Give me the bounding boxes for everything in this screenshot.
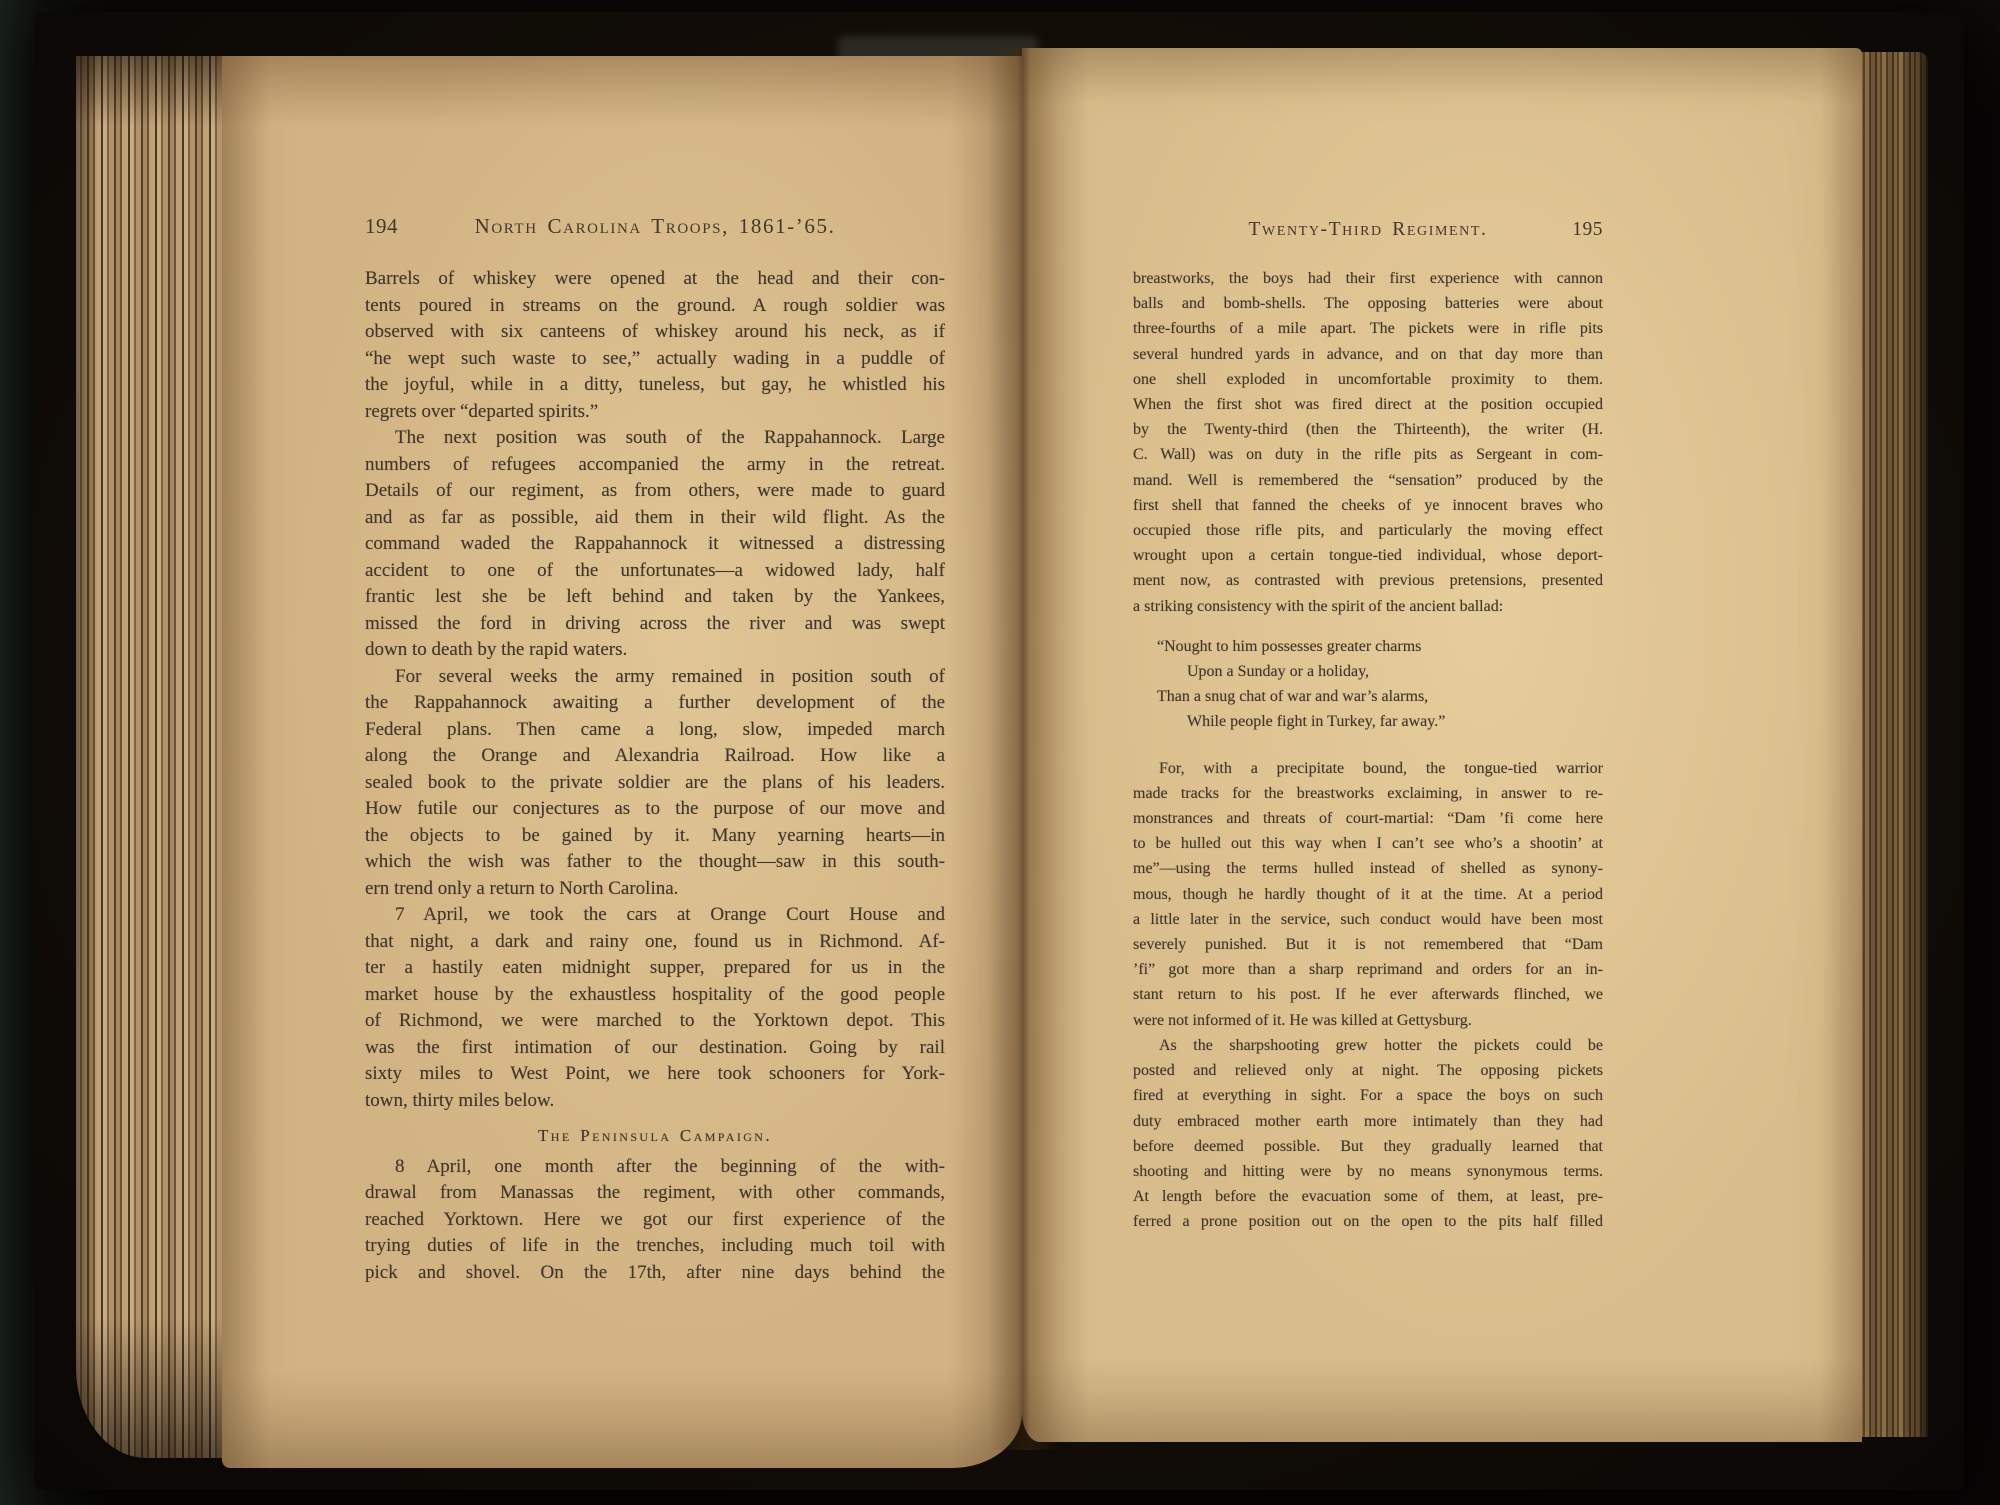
- printed-line: 7 April, we took the cars at Orange Cour…: [365, 902, 945, 929]
- printed-line: to be hulled out this way when I can’t s…: [1133, 831, 1603, 856]
- printed-line: of Richmond, we were marched to the York…: [365, 1008, 945, 1035]
- paragraph: For several weeks the army remained in p…: [365, 664, 945, 903]
- printed-line: mand. Well is remembered the “sensation”…: [1133, 468, 1603, 493]
- printed-line: For, with a precipitate bound, the tongu…: [1133, 756, 1603, 781]
- printed-line: Federal plans. Then came a long, slow, i…: [365, 717, 945, 744]
- running-head-title-left: North Carolina Troops, 1861-’65.: [365, 214, 945, 239]
- printed-line: down to death by the rapid waters.: [365, 637, 945, 664]
- printed-line: wrought upon a certain tongue-tied indiv…: [1133, 543, 1603, 568]
- printed-line: market house by the exhaustless hospital…: [365, 982, 945, 1009]
- section-heading: The Peninsula Campaign.: [365, 1123, 945, 1150]
- printed-line: was the first intimation of our destinat…: [365, 1035, 945, 1062]
- printed-line: As the sharpshooting grew hotter the pic…: [1133, 1033, 1603, 1058]
- printed-line: For several weeks the army remained in p…: [365, 664, 945, 691]
- printed-line: ’fi” got more than a sharp reprimand and…: [1133, 957, 1603, 982]
- printed-line: mous, though he hardly thought of it at …: [1133, 882, 1603, 907]
- printed-line: “he wept such waste to see,” actually wa…: [365, 346, 945, 373]
- printed-line: and as far as possible, aid them in thei…: [365, 505, 945, 532]
- printed-line: first shell that fanned the cheeks of ye…: [1133, 493, 1603, 518]
- left-running-head: 194 North Carolina Troops, 1861-’65.: [365, 214, 945, 239]
- printed-line: fired at everything in sight. For a spac…: [1133, 1083, 1603, 1108]
- page-number-left: 194: [365, 214, 398, 239]
- printed-line: ern trend only a return to North Carolin…: [365, 876, 945, 903]
- paragraph: 7 April, we took the cars at Orange Cour…: [365, 902, 945, 1114]
- printed-line: town, thirty miles below.: [365, 1088, 945, 1115]
- printed-line: Barrels of whiskey were opened at the he…: [365, 266, 945, 293]
- printed-line: trying duties of life in the trenches, i…: [365, 1233, 945, 1260]
- printed-line: tents poured in streams on the ground. A…: [365, 293, 945, 320]
- printed-line: Than a snug chat of war and war’s alarms…: [1157, 684, 1603, 709]
- printed-line: ferred a prone position out on the open …: [1133, 1209, 1603, 1234]
- printed-line: that night, a dark and rainy one, found …: [365, 929, 945, 956]
- printed-line: the objects to be gained by it. Many yea…: [365, 823, 945, 850]
- printed-line: numbers of refugees accompanied the army…: [365, 452, 945, 479]
- printed-line: ter a hastily eaten midnight supper, pre…: [365, 955, 945, 982]
- printed-line: Upon a Sunday or a holiday,: [1187, 659, 1603, 684]
- printed-line: The next position was south of the Rappa…: [365, 425, 945, 452]
- printed-line: sealed book to the private soldier are t…: [365, 770, 945, 797]
- printed-line: drawal from Manassas the regiment, with …: [365, 1180, 945, 1207]
- printed-line: by the Twenty-third (then the Thirteenth…: [1133, 417, 1603, 442]
- printed-line: severely punished. But it is not remembe…: [1133, 932, 1603, 957]
- printed-line: several hundred yards in advance, and on…: [1133, 342, 1603, 367]
- printed-line: breastworks, the boys had their first ex…: [1133, 266, 1603, 291]
- printed-line: C. Wall) was on duty in the rifle pits a…: [1133, 442, 1603, 467]
- printed-line: “Nought to him possesses greater charms: [1157, 634, 1603, 659]
- printed-line: made tracks for the breastworks exclaimi…: [1133, 781, 1603, 806]
- printed-line: occupied those rifle pits, and particula…: [1133, 518, 1603, 543]
- printed-line: How futile our conjectures as to the pur…: [365, 796, 945, 823]
- printed-line: frantic lest she be left behind and take…: [365, 584, 945, 611]
- printed-line: monstrances and threats of court-martial…: [1133, 806, 1603, 831]
- printed-line: along the Orange and Alexandria Railroad…: [365, 743, 945, 770]
- printed-line: three-fourths of a mile apart. The picke…: [1133, 316, 1603, 341]
- printed-line: shooting and hitting were by no means sy…: [1133, 1159, 1603, 1184]
- printed-line: regrets over “departed spirits.”: [365, 399, 945, 426]
- printed-line: Details of our regiment, as from others,…: [365, 478, 945, 505]
- printed-line: the joyful, while in a ditty, tuneless, …: [365, 372, 945, 399]
- printed-line: which the wish was father to the thought…: [365, 849, 945, 876]
- printed-line: were not informed of it. He was killed a…: [1133, 1008, 1603, 1033]
- printed-line: duty embraced mother earth more intimate…: [1133, 1109, 1603, 1134]
- printed-line: a striking consistency with the spirit o…: [1133, 594, 1603, 619]
- printed-line: ment now, as contrasted with previous pr…: [1133, 568, 1603, 593]
- right-page-text: breastworks, the boys had their first ex…: [1133, 266, 1603, 1235]
- book-gutter-shadow: [988, 48, 1058, 1450]
- printed-line: reached Yorktown. Here we got our first …: [365, 1207, 945, 1234]
- printed-line: me”—using the terms hulled instead of sh…: [1133, 856, 1603, 881]
- printed-line: When the first shot was fired direct at …: [1133, 392, 1603, 417]
- printed-line: stant return to his post. If he ever aft…: [1133, 982, 1603, 1007]
- paragraph: As the sharpshooting grew hotter the pic…: [1133, 1033, 1603, 1235]
- book-scan: 194 North Carolina Troops, 1861-’65. Twe…: [0, 0, 2000, 1505]
- printed-line: pick and shovel. On the 17th, after nine…: [365, 1260, 945, 1287]
- printed-line: At length before the evacuation some of …: [1133, 1184, 1603, 1209]
- printed-line: missed the ford in driving across the ri…: [365, 611, 945, 638]
- running-head-title-right: Twenty-Third Regiment.: [1133, 219, 1603, 241]
- ballad-quote: “Nought to him possesses greater charmsU…: [1157, 634, 1603, 735]
- page-edges-left: [76, 56, 224, 1458]
- printed-line: balls and bomb-shells. The opposing batt…: [1133, 291, 1603, 316]
- printed-line: command waded the Rappahannock it witnes…: [365, 531, 945, 558]
- right-running-head: Twenty-Third Regiment. 195: [1133, 219, 1603, 241]
- paragraph: 8 April, one month after the beginning o…: [365, 1154, 945, 1287]
- paragraph: Barrels of whiskey were opened at the he…: [365, 266, 945, 425]
- printed-line: a little later in the service, such cond…: [1133, 907, 1603, 932]
- printed-line: observed with six canteens of whiskey ar…: [365, 319, 945, 346]
- left-page-text: Barrels of whiskey were opened at the he…: [365, 266, 945, 1286]
- page-number-right: 195: [1572, 219, 1603, 241]
- printed-line: sixty miles to West Point, we here took …: [365, 1061, 945, 1088]
- printed-line: While people fight in Turkey, far away.”: [1187, 709, 1603, 734]
- printed-line: posted and relieved only at night. The o…: [1133, 1058, 1603, 1083]
- printed-line: one shell exploded in uncomfortable prox…: [1133, 367, 1603, 392]
- paragraph: For, with a precipitate bound, the tongu…: [1133, 756, 1603, 1033]
- printed-line: 8 April, one month after the beginning o…: [365, 1154, 945, 1181]
- paragraph: breastworks, the boys had their first ex…: [1133, 266, 1603, 619]
- printed-line: the Rappahannock awaiting a further deve…: [365, 690, 945, 717]
- printed-line: accident to one of the unfortunates—a wi…: [365, 558, 945, 585]
- paragraph: The next position was south of the Rappa…: [365, 425, 945, 664]
- printed-line: before deemed possible. But they gradual…: [1133, 1134, 1603, 1159]
- page-edges-right: [1860, 52, 1928, 1437]
